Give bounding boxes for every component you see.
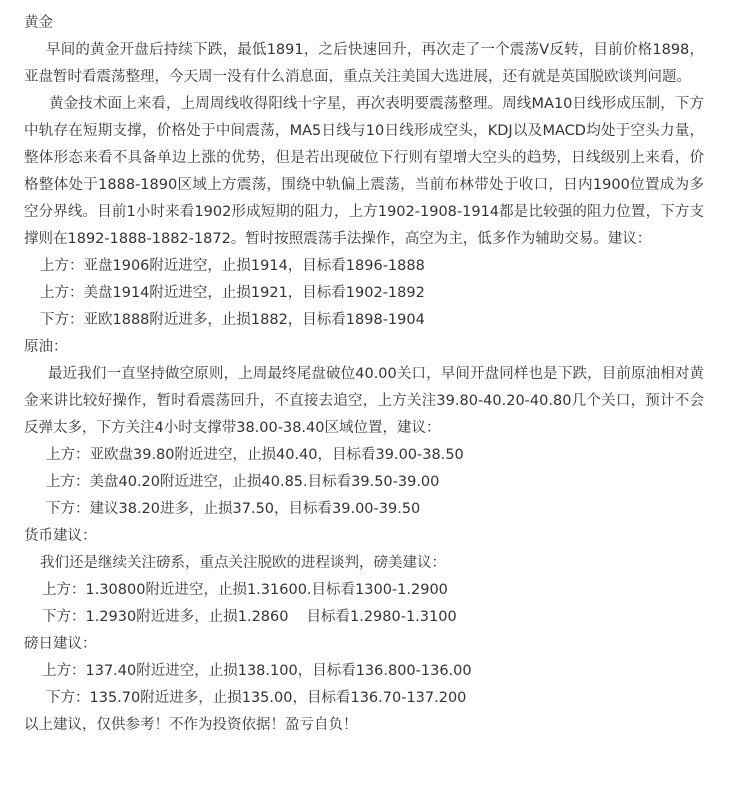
gbpjpy-suggestion-1: 上方：137.40附近进空，止损138.100，目标看136.800-136.0… xyxy=(24,658,724,685)
oil-suggestion-1: 上方：亚欧盘39.80附近进空，止损40.40，目标看39.00-38.50 xyxy=(24,442,724,469)
article-body: 黄金 早间的黄金开盘后持续下跌，最低1891，之后快速回升，再次走了一个震荡V反… xyxy=(0,0,724,739)
currency-suggestion-1: 上方：1.30800附近进空，止损1.31600.目标看1300-1.2900 xyxy=(24,577,724,604)
disclaimer: 以上建议，仅供参考！不作为投资依据！盈亏自负！ xyxy=(24,712,724,739)
currency-suggestion-2-target: 目标看1.2980-1.3100 xyxy=(306,609,456,625)
currency-suggestion-2-entry: 下方：1.2930附近进多，止损1.2860 xyxy=(42,609,288,625)
gbpjpy-heading: 磅日建议： xyxy=(24,631,724,658)
currency-suggestion-2: 下方：1.2930附近进多，止损1.2860目标看1.2980-1.3100 xyxy=(24,604,724,631)
oil-paragraph-1: 最近我们一直坚持做空原则，上周最终尾盘破位40.00关口，早间开盘同样也是下跌，… xyxy=(24,361,704,442)
gbpjpy-suggestion-2: 下方：135.70附近进多，止损135.00，目标看136.70-137.200 xyxy=(24,685,724,712)
oil-suggestion-2: 上方：美盘40.20附近进空，止损40.85.目标看39.50-39.00 xyxy=(24,469,724,496)
oil-suggestion-3: 下方：建议38.20进多，止损37.50，目标看39.00-39.50 xyxy=(24,496,724,523)
currency-heading: 货币建议： xyxy=(24,523,724,550)
gold-heading: 黄金 xyxy=(24,10,724,37)
oil-heading: 原油： xyxy=(24,334,724,361)
gold-suggestion-2: 上方：美盘1914附近进空，止损1921，目标看1902-1892 xyxy=(24,280,724,307)
gold-paragraph-1: 早间的黄金开盘后持续下跌，最低1891，之后快速回升，再次走了一个震荡V反转，目… xyxy=(24,37,704,91)
currency-intro: 我们还是继续关注磅系，重点关注脱欧的进程谈判，磅美建议： xyxy=(24,550,724,577)
gold-paragraph-2: 黄金技术面上来看，上周周线收得阳线十字星，再次表明要震荡整理。周线MA10日线形… xyxy=(24,91,704,253)
gold-suggestion-1: 上方：亚盘1906附近进空，止损1914，目标看1896-1888 xyxy=(24,253,724,280)
gold-suggestion-3: 下方：亚欧1888附近进多，止损1882，目标看1898-1904 xyxy=(24,307,724,334)
